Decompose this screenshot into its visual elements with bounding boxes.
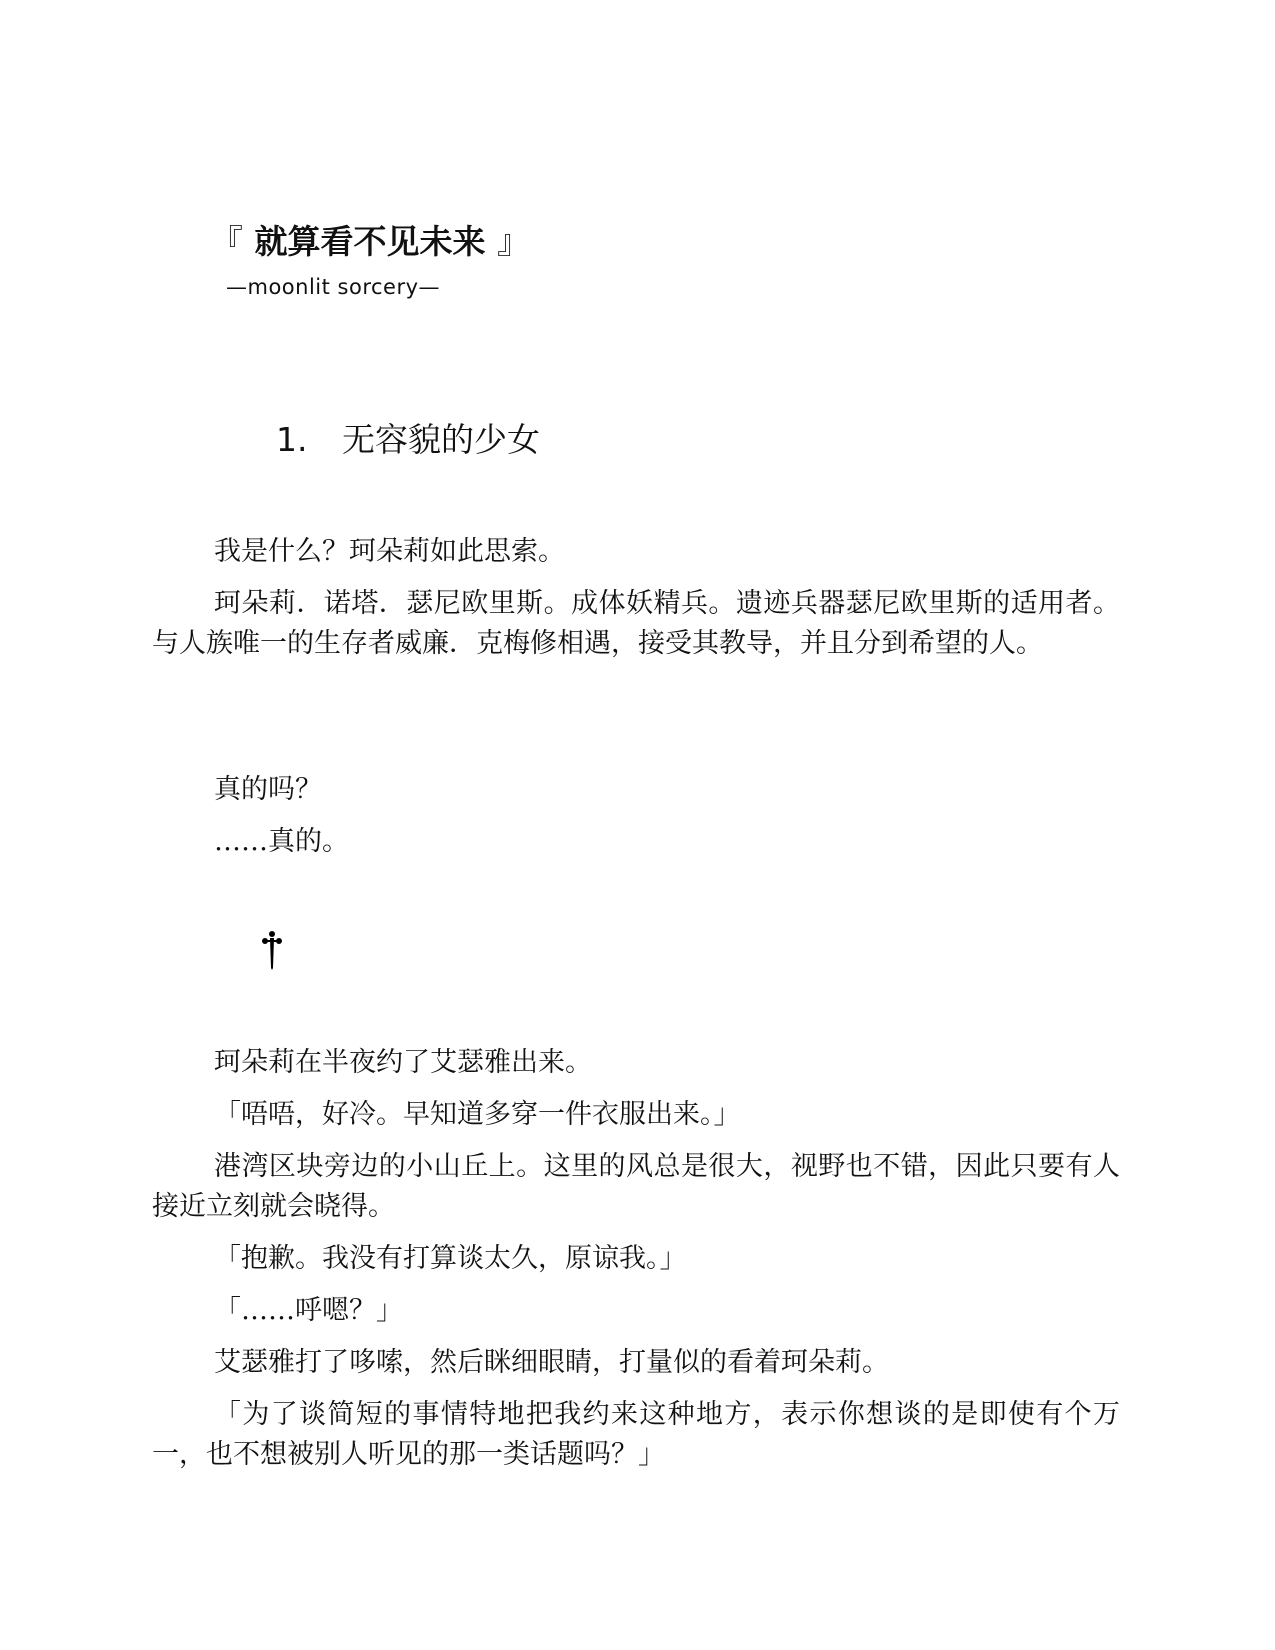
section-3: 珂朵莉在半夜约了艾瑟雅出来。 「唔唔，好冷。早知道多穿一件衣服出来。」 港湾区块…: [152, 1043, 1120, 1475]
chapter-title: 无容貌的少女: [342, 420, 540, 459]
paragraph: 「……呼嗯？」: [152, 1291, 1120, 1331]
title-close-bracket: 』: [497, 222, 530, 261]
paragraph: 「抱歉。我没有打算谈太久，原谅我。」: [152, 1239, 1120, 1279]
book-subtitle: —moonlit sorcery—: [226, 274, 440, 300]
chapter-heading: 1.无容貌的少女: [276, 420, 540, 460]
paragraph: 珂朵莉在半夜约了艾瑟雅出来。: [152, 1043, 1120, 1083]
book-title: 『 就算看不见未来 』: [210, 222, 530, 262]
paragraph: 港湾区块旁边的小山丘上。这里的风总是很大，视野也不错，因此只要有人接近立刻就会晓…: [152, 1147, 1120, 1227]
chapter-number: 1.: [276, 420, 342, 460]
paragraph: ……真的。: [152, 822, 1120, 862]
section-2: 真的吗？ ……真的。: [152, 770, 1120, 862]
paragraph: 珂朵莉．诺塔．瑟尼欧里斯。成体妖精兵。遗迹兵器瑟尼欧里斯的适用者。与人族唯一的生…: [152, 584, 1120, 664]
paragraph: 我是什么？珂朵莉如此思索。: [152, 532, 1120, 572]
paragraph: 「唔唔，好冷。早知道多穿一件衣服出来。」: [152, 1095, 1120, 1135]
book-title-text: 就算看不见未来: [255, 222, 486, 261]
document-page: 『 就算看不见未来 』 —moonlit sorcery— 1.无容貌的少女 我…: [0, 0, 1275, 1650]
title-open-bracket: 『: [210, 222, 243, 261]
paragraph: 「为了谈简短的事情特地把我约来这种地方，表示你想谈的是即使有个万一，也不想被别人…: [152, 1395, 1120, 1475]
section-1: 我是什么？珂朵莉如此思索。 珂朵莉．诺塔．瑟尼欧里斯。成体妖精兵。遗迹兵器瑟尼欧…: [152, 532, 1120, 664]
paragraph: 艾瑟雅打了哆嗦，然后眯细眼睛，打量似的看着珂朵莉。: [152, 1343, 1120, 1383]
dagger-cross-icon: [262, 930, 282, 970]
paragraph: 真的吗？: [152, 770, 1120, 810]
